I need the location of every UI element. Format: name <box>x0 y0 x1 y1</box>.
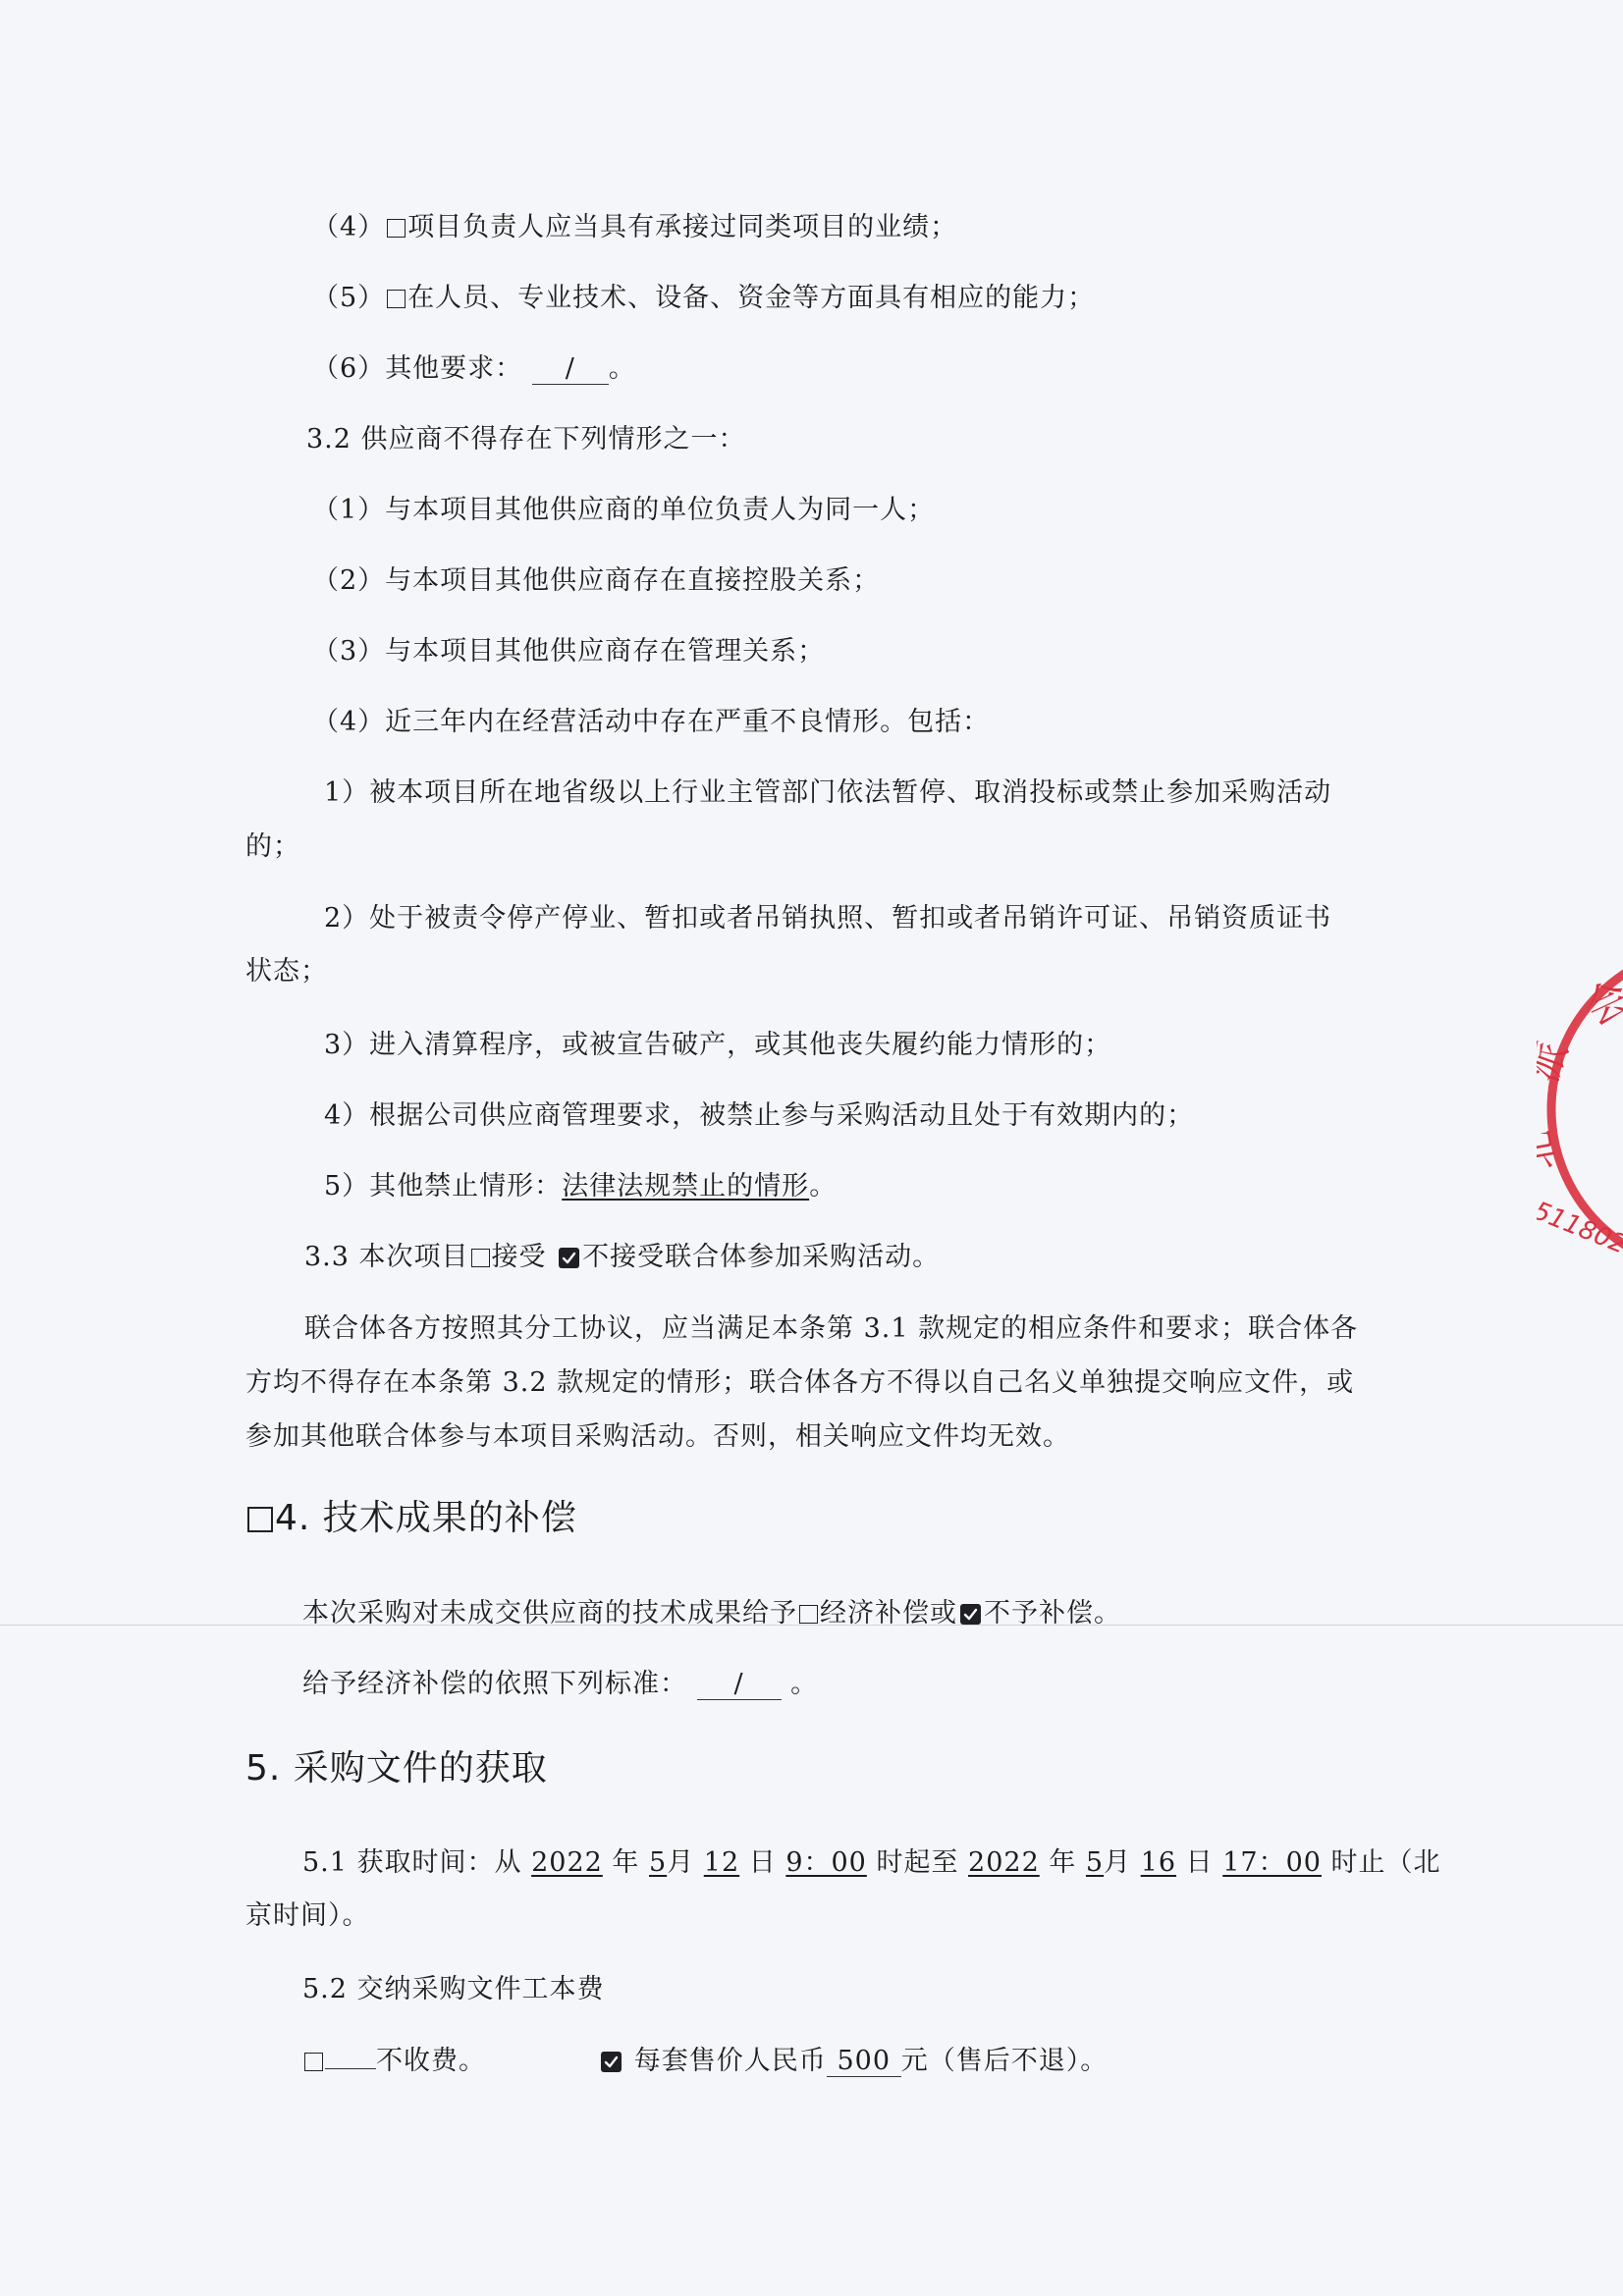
bad-record-item-2-line2: 状态； <box>245 954 328 989</box>
bad-record-item-1-line1: 1）被本项目所在地省级以上行业主管部门依法暂停、取消投标或禁止参加采购活动 <box>324 775 1331 811</box>
item-text: 项目负责人应当具有承接过同类项目的业绩； <box>407 212 957 242</box>
acquisition-time-line2: 京时间）。 <box>245 1898 370 1934</box>
unit: 日 <box>1176 1847 1222 1878</box>
other-requirements-field[interactable]: / <box>532 354 609 385</box>
item-text: 在人员、专业技术、设备、资金等方面具有相应的能力； <box>407 283 1095 313</box>
requirement-item-4: （4）项目负责人应当具有承接过同类项目的业绩； <box>312 210 957 245</box>
option-accept-label: 接受 <box>492 1242 547 1272</box>
consortium-paragraph-line1: 联合体各方按照其分工协议，应当满足本条第 3.1 款规定的相应条件和要求；联合体… <box>304 1311 1358 1347</box>
bad-record-item-3: 3）进入清算程序，或被宣告破产，或其他丧失履约能力情形的； <box>324 1028 1111 1063</box>
item-label: 3.3 本次项目 <box>304 1242 469 1272</box>
compensation-standard-line: 给予经济补偿的依照下列标准： / 。 <box>302 1667 818 1702</box>
checkbox-no-compensation-checked-icon[interactable] <box>960 1604 981 1625</box>
filled-value: 法律法规禁止的情形 <box>562 1171 809 1201</box>
start-day-field[interactable]: 12 <box>704 1847 739 1878</box>
connector: 时止（北 <box>1322 1847 1441 1878</box>
bad-record-item-2-line1: 2）处于被责令停产停业、暂扣或者吊销执照、暂扣或者吊销许可证、吊销资质证书 <box>324 901 1331 936</box>
consortium-paragraph-line2: 方均不得存在本条第 3.2 款规定的情形；联合体各方不得以自己名义单独提交响应文… <box>245 1365 1354 1401</box>
end-time-field[interactable]: 17：00 <box>1222 1847 1322 1878</box>
punctuation: 。 <box>609 353 636 384</box>
option-paid-label: 每套售价人民币 <box>634 2046 827 2076</box>
item-number: （6） <box>312 353 385 384</box>
item-number: （4） <box>312 212 385 242</box>
end-month-field[interactable]: 5 <box>1086 1847 1104 1878</box>
item-label: 5）其他禁止情形： <box>324 1171 562 1201</box>
section-3-2-title: 3.2 供应商不得存在下列情形之一： <box>306 422 746 457</box>
compensation-standard-field[interactable]: / <box>697 1670 782 1700</box>
free-blank-field[interactable] <box>325 2068 376 2069</box>
exclusion-item-4: （4）近三年内在经营活动中存在严重不良情形。包括： <box>312 705 990 740</box>
start-year-field[interactable]: 2022 <box>531 1847 603 1878</box>
unit: 年 <box>1040 1847 1086 1878</box>
unit: 日 <box>739 1847 785 1878</box>
seal-char: 北 <box>1537 1128 1564 1174</box>
checkbox-unchecked-icon[interactable] <box>387 219 406 238</box>
punctuation: 。 <box>809 1171 837 1201</box>
connector: 时起至 <box>867 1847 968 1878</box>
exclusion-item-3: （3）与本项目其他供应商存在管理关系； <box>312 634 825 669</box>
section-3-3-consortium: 3.3 本次项目接受 不接受联合体参加采购活动。 <box>304 1240 940 1275</box>
section-5-2-title: 5.2 交纳采购文件工本费 <box>302 1972 605 2007</box>
requirement-item-6: （6）其他要求： /。 <box>312 351 636 387</box>
item-number: （5） <box>312 283 385 313</box>
punctuation: 。 <box>782 1669 819 1699</box>
company-seal-stamp: 会 派 北 511802 <box>1537 933 1623 1286</box>
exclusion-item-2: （2）与本项目其他供应商存在直接控股关系； <box>312 563 880 599</box>
checkbox-compensate-unchecked-icon[interactable] <box>799 1605 818 1624</box>
option-free-label: 不收费。 <box>376 2046 486 2076</box>
requirement-item-5: （5）在人员、专业技术、设备、资金等方面具有相应的能力； <box>312 281 1095 316</box>
item-label: 其他要求： <box>385 353 522 384</box>
end-day-field[interactable]: 16 <box>1141 1847 1176 1878</box>
start-month-field[interactable]: 5 <box>649 1847 667 1878</box>
unit: 年 <box>603 1847 649 1878</box>
unit: 月 <box>1104 1847 1141 1878</box>
fee-options-line: 不收费。 每套售价人民币500元（售后不退）。 <box>302 2044 1108 2079</box>
start-time-field[interactable]: 9：00 <box>785 1847 867 1878</box>
option-reject-label: 不接受联合体参加采购活动。 <box>582 1242 940 1272</box>
bad-record-item-4: 4）根据公司供应商管理要求，被禁止参与采购活动且处于有效期内的； <box>324 1098 1194 1134</box>
bad-record-item-1-line2: 的； <box>245 829 300 865</box>
acquisition-time-line1: 5.1 获取时间：从 2022 年 5月 12 日 9：00 时起至 2022 … <box>302 1845 1441 1881</box>
checkbox-accept-unchecked-icon[interactable] <box>471 1249 490 1267</box>
seal-char: 会 <box>1577 972 1623 1036</box>
checkbox-paid-checked-icon[interactable] <box>601 2052 622 2072</box>
seal-char: 派 <box>1537 1036 1577 1088</box>
section-4-heading: 4. 技术成果的补偿 <box>245 1497 577 1540</box>
item-label: 给予经济补偿的依照下列标准： <box>302 1669 687 1699</box>
heading-text: 4. 技术成果的补偿 <box>275 1498 577 1538</box>
price-amount-field[interactable]: 500 <box>827 2047 901 2077</box>
exclusion-item-1: （1）与本项目其他供应商的单位负责人为同一人； <box>312 493 935 528</box>
section-5-heading: 5. 采购文件的获取 <box>245 1747 548 1790</box>
checkbox-unchecked-icon[interactable] <box>247 1507 273 1532</box>
checkbox-unchecked-icon[interactable] <box>387 290 406 308</box>
compensation-line: 本次采购对未成交供应商的技术成果给予经济补偿或不予补偿。 <box>302 1596 1121 1631</box>
checkbox-free-unchecked-icon[interactable] <box>304 2053 323 2071</box>
checkbox-reject-checked-icon[interactable] <box>559 1248 579 1268</box>
item-label: 5.1 获取时间：从 <box>302 1847 531 1878</box>
end-year-field[interactable]: 2022 <box>968 1847 1040 1878</box>
consortium-paragraph-line3: 参加其他联合体参与本项目采购活动。否则，相关响应文件均无效。 <box>245 1419 1070 1455</box>
scan-divider-line <box>0 1625 1623 1626</box>
unit: 月 <box>667 1847 704 1878</box>
bad-record-item-5: 5）其他禁止情形：法律法规禁止的情形。 <box>324 1169 837 1204</box>
option-paid-suffix: 元（售后不退）。 <box>901 2046 1109 2076</box>
